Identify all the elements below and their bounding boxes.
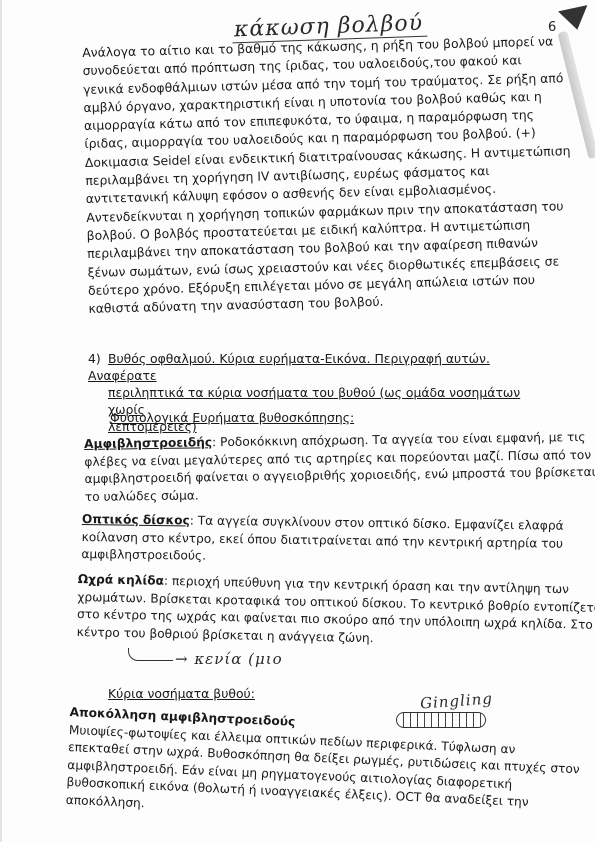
corner-fold-mark (558, 5, 592, 33)
question-line: Βυθός οφθαλμού. Κύρια ευρήματα-Εικόνα. Π… (88, 351, 490, 383)
normal-findings-heading: Φυσιολογικά Ευρήματα βυθοσκόπησης: (110, 410, 354, 425)
retinal-detachment-block: Αποκόλληση αμφιβληστροειδούς Μυιοψίες-φω… (65, 704, 581, 831)
optic-disc-term: Οπτικός δίσκος (82, 512, 190, 528)
main-diseases-heading: Κύρια νοσήματα βυθού: (108, 686, 255, 701)
intro-paragraph: Ανάλογα το αίτιο και το βαθμό της κάκωση… (82, 32, 579, 318)
text-line: : Τα αγγεία συγκλίνουν στον οπτικό δίσκο… (190, 514, 564, 533)
macula-block: Ωχρά κηλίδα: περιοχή υπεύθυνη για την κε… (77, 571, 595, 652)
retina-term: Αμφιβληστροειδής (84, 435, 212, 451)
handwritten-note: Gingling (419, 689, 493, 712)
optic-disc-block: Οπτικός δίσκος: Τα αγγεία συγκλίνουν στο… (81, 511, 563, 570)
scanned-page: κάκωση βολβού 6 Ανάλογα το αίτιο και το … (0, 0, 595, 842)
handwritten-arrow (128, 648, 173, 661)
retina-block: Αμφιβληστροειδής: Ροδοκόκκινη απόχρωση. … (84, 429, 595, 506)
scan-edge (0, 0, 2, 842)
macula-term: Ωχρά κηλίδα (78, 572, 164, 588)
text-line: : Ροδοκόκκινη απόχρωση. Τα αγγεία του εί… (212, 430, 586, 449)
question-number: 4) (88, 350, 108, 367)
handwritten-note: → κενία (μιο (175, 650, 283, 668)
